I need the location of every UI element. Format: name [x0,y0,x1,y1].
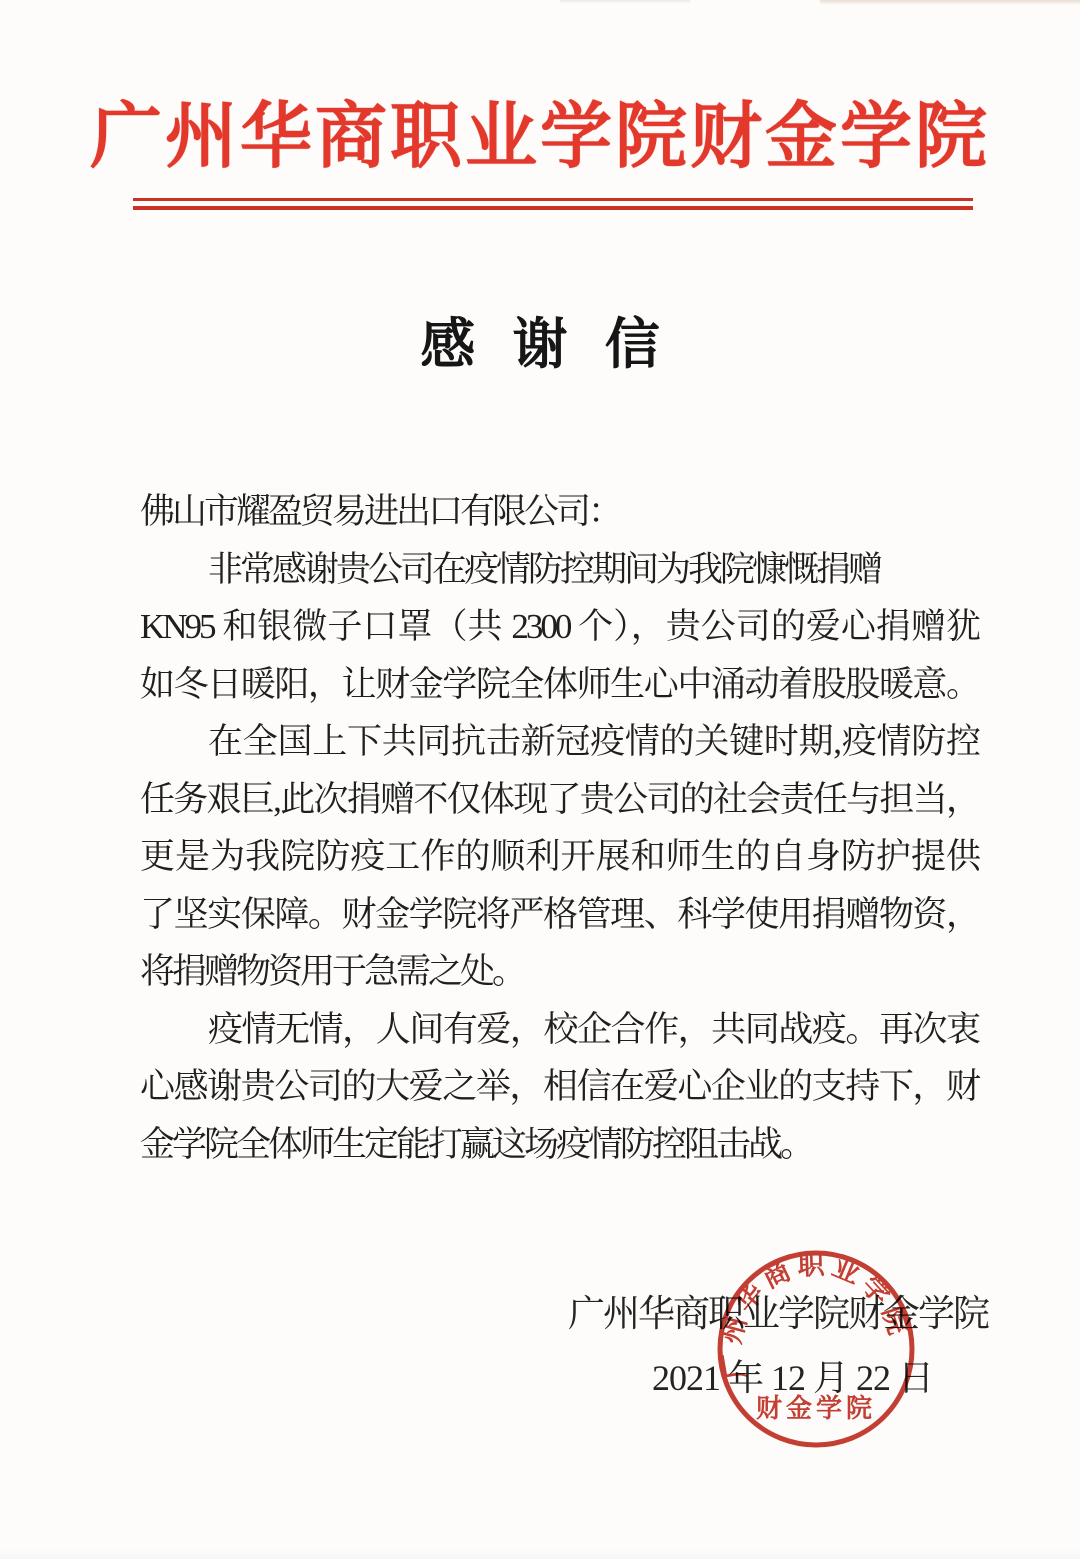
seal-arc-text: 广州华商职业学院 [716,1250,915,1382]
body-line: 在全国上下共同抗击新冠疫情的关键时期,疫情防控 [140,713,978,771]
official-seal: 广州华商职业学院 财金学院 [716,1249,916,1449]
body-line: 任务艰巨,此次捐赠不仅体现了贵公司的社会责任与担当， [140,771,978,829]
seal-bottom-text: 财金学院 [756,1393,876,1423]
body-line: 疫情无情，人间有爱，校企合作，共同战疫。再次衷 [140,1001,978,1059]
salutation-line: 佛山市耀盈贸易进出口有限公司： [140,483,978,541]
body-line: 更是为我院防疫工作的顺利开展和师生的自身防护提供 [140,828,978,886]
body-line: 了坚实保障。财金学院将严格管理、科学使用捐赠物资， [140,886,978,944]
letterhead-title: 广州华商职业学院财金学院 [0,100,1080,176]
body-line: 非常感谢贵公司在疫情防控期间为我院慷慨捐赠 [140,541,978,599]
letter-body: 佛山市耀盈贸易进出口有限公司： 非常感谢贵公司在疫情防控期间为我院慷慨捐赠 KN… [140,483,978,1173]
letterhead-double-rule [133,198,973,210]
body-line: 金学院全体师生定能打赢这场疫情防控阻击战。 [140,1116,978,1174]
body-line: KN95 和银微子口罩（共 2300 个），贵公司的爱心捐赠犹 [140,598,978,656]
scanned-letter-page: 广州华商职业学院财金学院 感 谢 信 佛山市耀盈贸易进出口有限公司： 非常感谢贵… [0,0,1080,1559]
document-title: 感 谢 信 [0,314,1080,375]
body-line: 将捐赠物资用于急需之处。 [140,943,978,1001]
body-line: 如冬日暖阳，让财金学院全体师生心中涌动着股股暖意。 [140,656,978,714]
body-line: 心感谢贵公司的大爱之举，相信在爱心企业的支持下，财 [140,1058,978,1116]
